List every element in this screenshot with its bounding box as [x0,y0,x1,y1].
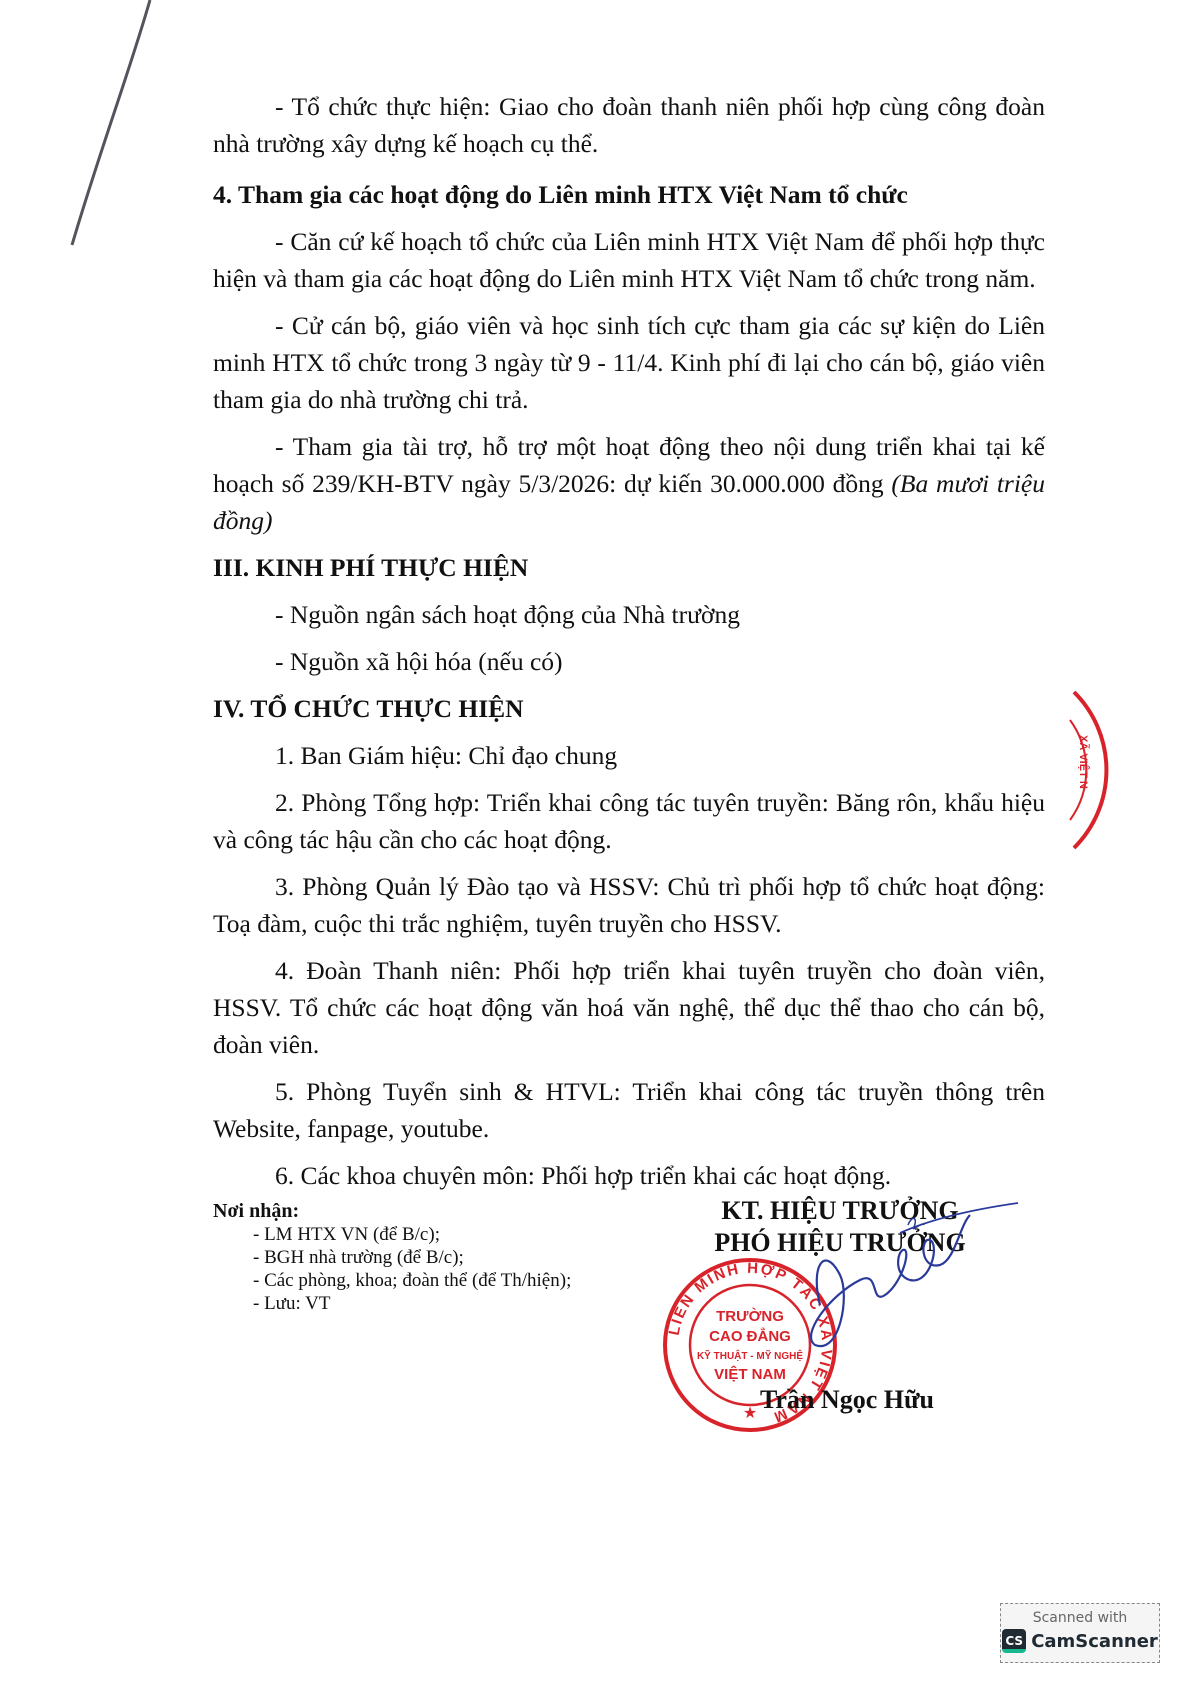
signer-name: Trần Ngọc Hữu [760,1385,934,1415]
paragraph: - Tham gia tài trợ, hỗ trợ một hoạt động… [213,428,1045,539]
paragraph: - Tổ chức thực hiện: Giao cho đoàn thanh… [213,88,1045,162]
camscanner-name: CamScanner [1031,1631,1158,1652]
signer-title-line1: KT. HIỆU TRƯỞNG [690,1195,990,1227]
svg-text:XÃ VIỆT N: XÃ VIỆT N [1077,735,1090,789]
paragraph: 6. Các khoa chuyên môn: Phối hợp triển k… [213,1157,1045,1194]
recipients-title: Nơi nhận: [213,1200,571,1223]
svg-text:VIỆT NAM: VIỆT NAM [714,1365,786,1383]
camscanner-badge: Scanned with CS CamScanner [1000,1603,1160,1663]
section-heading: IV. TỔ CHỨC THỰC HIỆN [213,690,1045,727]
document-body: - Tổ chức thực hiện: Giao cho đoàn thanh… [213,88,1045,1194]
pen-mark [0,0,200,260]
paragraph: 4. Đoàn Thanh niên: Phối hợp triển khai … [213,952,1045,1063]
recipients-block: Nơi nhận: - LM HTX VN (để B/c); - BGH nh… [213,1200,571,1315]
paragraph: 5. Phòng Tuyển sinh & HTVL: Triển khai c… [213,1073,1045,1147]
paragraph: 1. Ban Giám hiệu: Chỉ đạo chung [213,737,1045,774]
paragraph: - Cử cán bộ, giáo viên và học sinh tích … [213,307,1045,418]
recipient-item: - Lưu: VT [213,1292,571,1315]
recipient-item: - LM HTX VN (để B/c); [213,1223,571,1246]
paragraph: - Nguồn xã hội hóa (nếu có) [213,643,1045,680]
paragraph: 2. Phòng Tổng hợp: Triển khai công tác t… [213,784,1045,858]
section-heading: 4. Tham gia các hoạt động do Liên minh H… [213,176,1045,213]
amount-in-words: (Ba mươi triệu đồng) [213,469,1045,535]
signature-title-block: KT. HIỆU TRƯỞNG PHÓ HIỆU TRƯỞNG [690,1195,990,1259]
svg-text:TRƯỜNG: TRƯỜNG [716,1307,784,1325]
paragraph: - Nguồn ngân sách hoạt động của Nhà trườ… [213,596,1045,633]
signer-title-line2: PHÓ HIỆU TRƯỞNG [690,1227,990,1259]
svg-text:★: ★ [743,1405,757,1422]
scanned-with-label: Scanned with [1001,1610,1159,1626]
recipient-item: - BGH nhà trường (để B/c); [213,1246,571,1269]
svg-text:CAO ĐẲNG: CAO ĐẲNG [709,1327,791,1345]
paragraph: 3. Phòng Quản lý Đào tạo và HSSV: Chủ tr… [213,868,1045,942]
svg-text:KỸ THUẬT - MỸ NGHỆ: KỸ THUẬT - MỸ NGHỆ [697,1349,803,1362]
paragraph: - Căn cứ kế hoạch tổ chức của Liên minh … [213,223,1045,297]
camscanner-logo-icon: CS [1002,1629,1026,1653]
section-heading: III. KINH PHÍ THỰC HIỆN [213,549,1045,586]
recipient-item: - Các phòng, khoa; đoàn thể (để Th/hiện)… [213,1269,571,1292]
partial-stamp-edge: XÃ VIỆT N [1060,680,1140,860]
